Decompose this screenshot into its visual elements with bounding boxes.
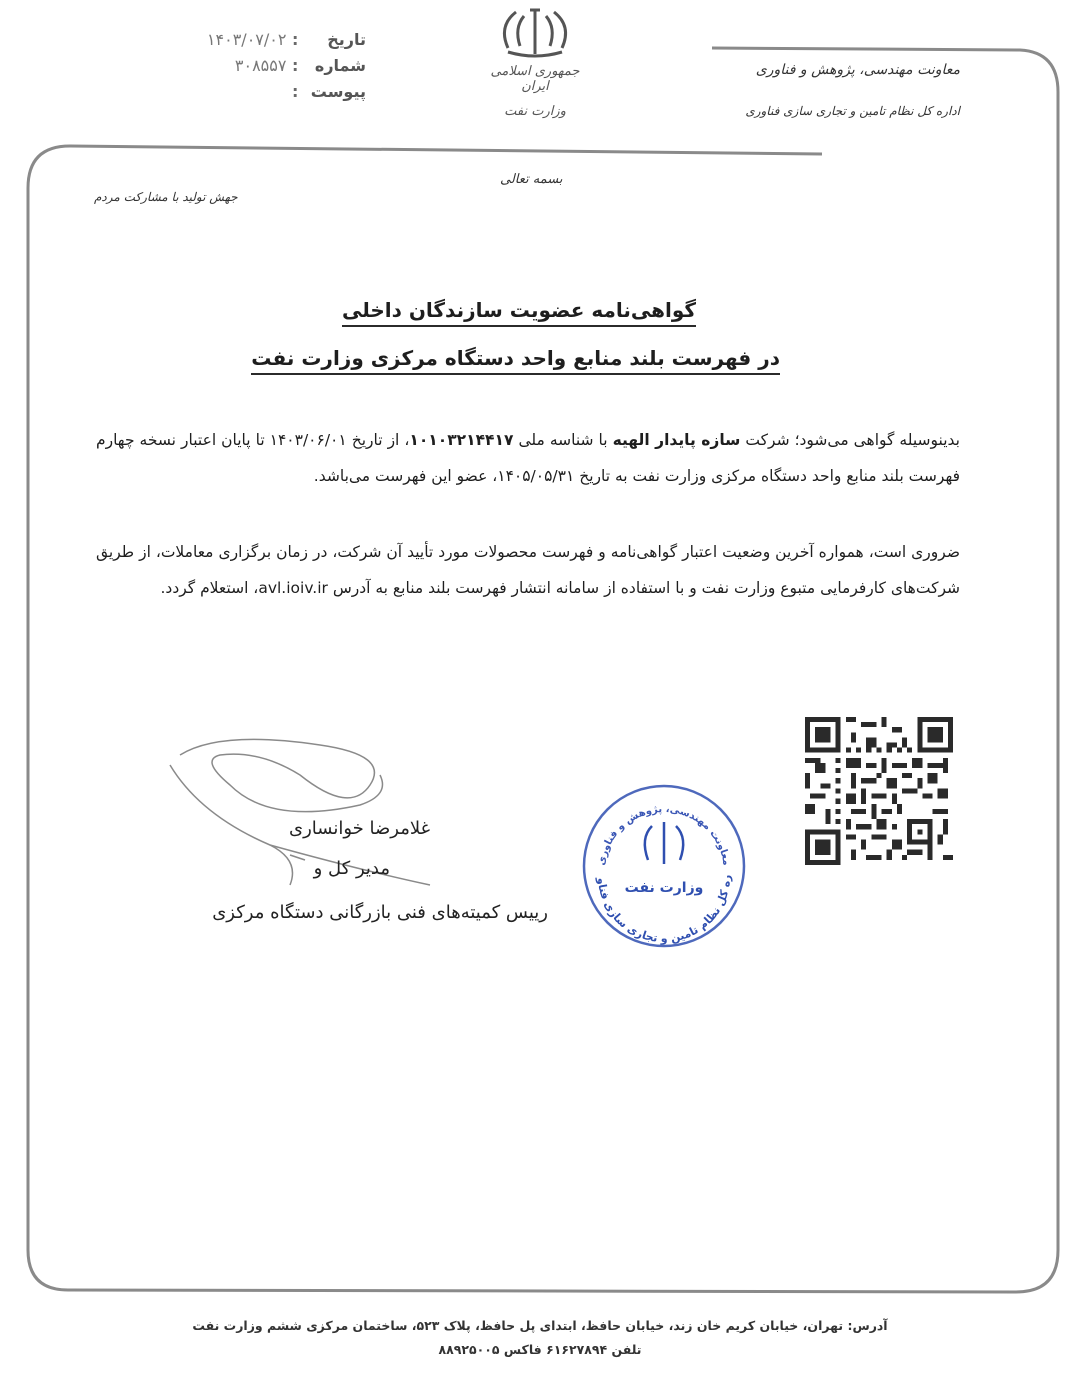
letter-meta: تاریخ : ۱۴۰۳/۰۷/۰۲ شماره : ۳۰۸۵۵۷ پیوست …: [196, 27, 366, 105]
colon: :: [292, 82, 298, 101]
national-id: ۱۰۱۰۳۲۱۴۴۱۷: [409, 431, 513, 449]
para1-part2: با شناسه ملی: [513, 431, 612, 449]
emblem-icon: [480, 4, 590, 60]
para1-part1: بدینوسیله گواهی می‌شود؛ شرکت: [740, 431, 960, 449]
qr-code-icon: [805, 717, 953, 865]
stamp-icon: معاونت مهندسی، پژوهش و فناوری اداره کل ن…: [578, 780, 750, 952]
invocation: بسمه تعالی: [500, 172, 562, 187]
footer-address: آدرس: تهران، خیابان کریم خان زند، خیابان…: [0, 1318, 1080, 1333]
signatory-name: غلامرضا خوانساری: [289, 818, 430, 839]
national-emblem: جمهوری اسلامی ایران وزارت نفت: [480, 4, 590, 119]
company-name: سازه پایدار الهیه: [613, 431, 741, 449]
document-title-line1: گواهی‌نامه عضویت سازندگان داخلی: [342, 298, 696, 327]
date-row: تاریخ : ۱۴۰۳/۰۷/۰۲: [196, 27, 366, 53]
colon: :: [286, 30, 298, 49]
official-stamp: معاونت مهندسی، پژوهش و فناوری اداره کل ن…: [578, 780, 750, 952]
signatory-title-line2: رییس کمیته‌های فنی بازرگانی دستگاه مرکزی: [212, 902, 548, 923]
date-value: ۱۴۰۳/۰۷/۰۲: [207, 30, 287, 49]
attachment-row: پیوست :: [196, 79, 366, 105]
title-line1-wrap: گواهی‌نامه عضویت سازندگان داخلی: [342, 298, 696, 327]
number-row: شماره : ۳۰۸۵۵۷: [196, 53, 366, 79]
paragraph-2: ضروری است، همواره آخرین وضعیت اعتبار گوا…: [96, 534, 960, 606]
stamp-center-text: وزارت نفت: [625, 880, 704, 896]
title-line2-wrap: در فهرست بلند منابع واحد دستگاه مرکزی وز…: [251, 346, 780, 375]
department-line2: اداره کل نظام تامین و تجاری سازی فناوری: [745, 104, 960, 118]
signature-scribble-icon: [160, 735, 440, 895]
qr-code: [805, 717, 953, 865]
para2-text: ضروری است، همواره آخرین وضعیت اعتبار گوا…: [96, 543, 960, 597]
slogan: جهش تولید با مشارکت مردم: [94, 190, 238, 204]
emblem-line1: جمهوری اسلامی ایران: [480, 64, 590, 94]
footer-phone: تلفن ۶۱۶۲۷۸۹۴ فاکس ۸۸۹۲۵۰۰۵: [0, 1342, 1080, 1357]
number-value: ۳۰۸۵۵۷: [235, 56, 287, 75]
date-label: تاریخ: [304, 27, 366, 53]
signatory-title-line1: مدیر کل و: [314, 858, 390, 879]
number-label: شماره: [304, 53, 366, 79]
attachment-label: پیوست: [304, 79, 366, 105]
paragraph-1: بدینوسیله گواهی می‌شود؛ شرکت سازه پایدار…: [96, 422, 960, 494]
department-line1: معاونت مهندسی، پژوهش و فناوری: [756, 62, 960, 78]
colon: :: [286, 56, 298, 75]
emblem-line2: وزارت نفت: [480, 104, 590, 119]
document-title-line2: در فهرست بلند منابع واحد دستگاه مرکزی وز…: [251, 346, 780, 375]
frame-border: [0, 0, 1080, 1384]
